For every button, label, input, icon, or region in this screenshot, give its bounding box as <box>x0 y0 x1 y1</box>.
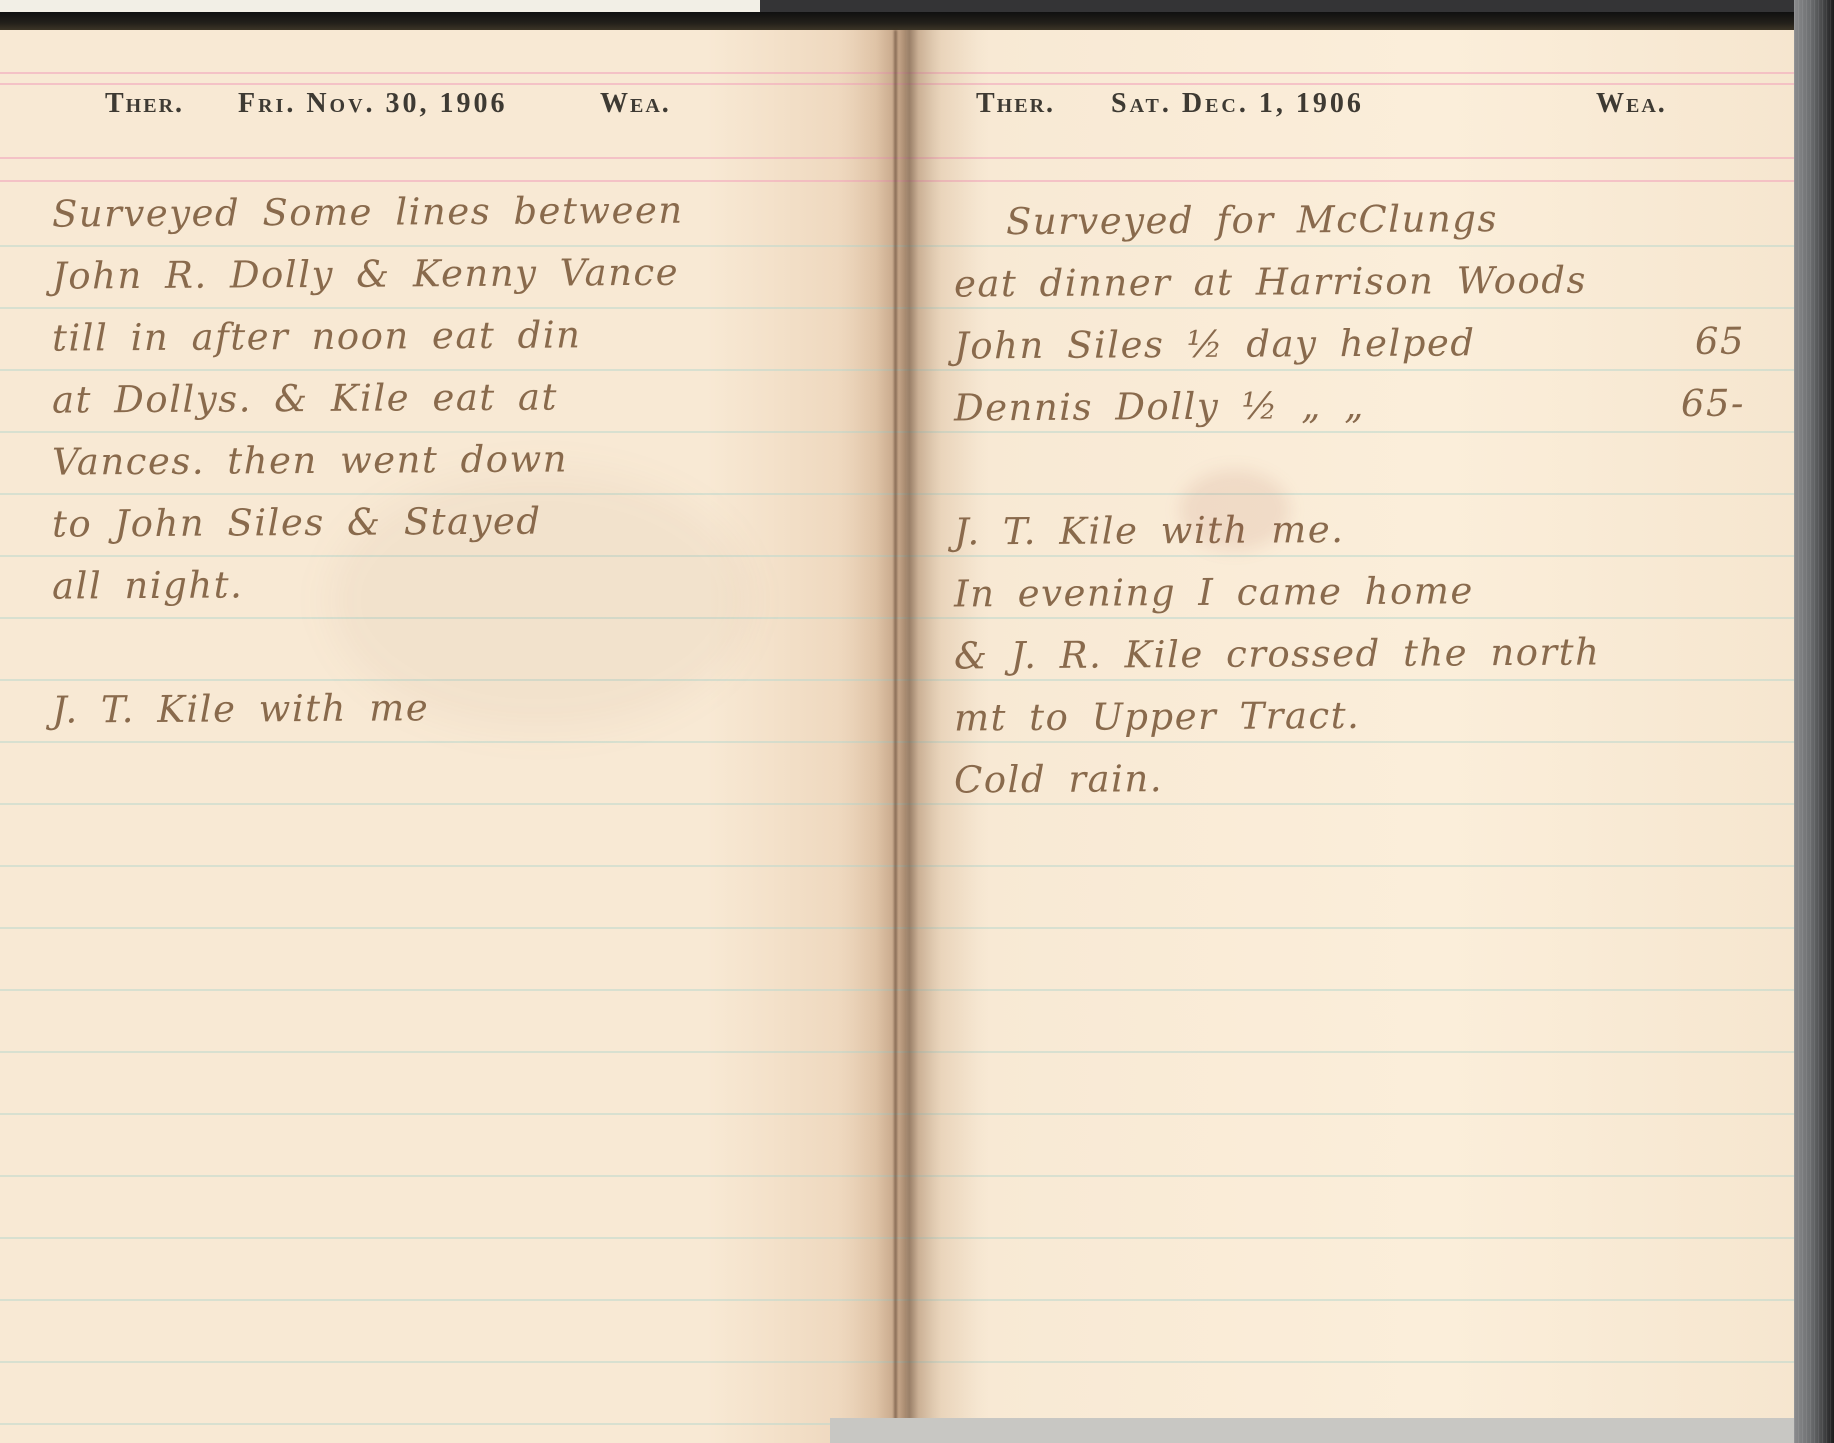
handwritten-line: all night. <box>52 551 897 618</box>
wea-label: Wea. <box>600 88 671 120</box>
handwritten-line: In evening I came home <box>954 560 1759 627</box>
handwritten-line: Surveyed for McClungs <box>954 188 1759 255</box>
printed-rule-pink <box>906 83 1796 85</box>
book-cover-top-edge <box>0 12 1834 32</box>
handwritten-line: Cold rain. <box>954 746 1759 813</box>
page-date: Fri. Nov. 30, 1906 <box>238 88 508 120</box>
handwritten-line <box>52 613 897 680</box>
printed-rule-pink <box>0 157 906 159</box>
handwritten-line: Vances. then went down <box>52 427 897 494</box>
left-page-entry: Surveyed Some lines betweenJohn R. Dolly… <box>52 182 897 740</box>
handwritten-line: John R. Dolly & Kenny Vance <box>52 241 897 308</box>
page-bottom-edge <box>830 1418 1804 1443</box>
left-page: Ther. Fri. Nov. 30, 1906 Wea. Surveyed S… <box>0 30 906 1443</box>
right-page-header: Ther. Sat. Dec. 1, 1906 Wea. <box>906 88 1796 128</box>
printed-rule-pink <box>0 72 906 74</box>
handwritten-line <box>954 436 1759 503</box>
wea-label: Wea. <box>1596 88 1667 120</box>
book-fore-edge <box>1794 0 1834 1443</box>
printed-rule-pink <box>906 180 1796 182</box>
handwritten-line: to John Siles & Stayed <box>52 489 897 556</box>
handwritten-line: mt to Upper Tract. <box>954 684 1759 751</box>
right-page-entry: Surveyed for McClungseat dinner at Harri… <box>954 190 1759 810</box>
handwritten-line: at Dollys. & Kile eat at <box>52 365 897 432</box>
printed-rule-pink <box>906 157 1796 159</box>
amount-value: 65- <box>1681 374 1745 434</box>
handwritten-line: Dennis Dolly ½ „ „65- <box>954 374 1759 441</box>
printed-rule-pink <box>906 72 1796 74</box>
left-page-header: Ther. Fri. Nov. 30, 1906 Wea. <box>0 88 906 128</box>
page-date: Sat. Dec. 1, 1906 <box>1111 88 1364 120</box>
ther-label: Ther. <box>105 88 184 120</box>
printed-rule-pink <box>0 83 906 85</box>
right-page: Ther. Sat. Dec. 1, 1906 Wea. Surveyed fo… <box>906 30 1796 1420</box>
handwritten-line: & J. R. Kile crossed the north <box>954 622 1759 689</box>
amount-value: 65 <box>1695 312 1745 372</box>
handwritten-line: eat dinner at Harrison Woods <box>954 250 1759 317</box>
ther-label: Ther. <box>976 88 1055 120</box>
handwritten-line: till in after noon eat din <box>52 303 897 370</box>
diary-scan: Ther. Fri. Nov. 30, 1906 Wea. Surveyed S… <box>0 0 1834 1443</box>
handwritten-line: J. T. Kile with me <box>52 675 897 742</box>
handwritten-line: J. T. Kile with me. <box>954 498 1759 565</box>
handwritten-line: John Siles ½ day helped65 <box>954 312 1759 379</box>
handwritten-line: Surveyed Some lines between <box>52 179 897 246</box>
